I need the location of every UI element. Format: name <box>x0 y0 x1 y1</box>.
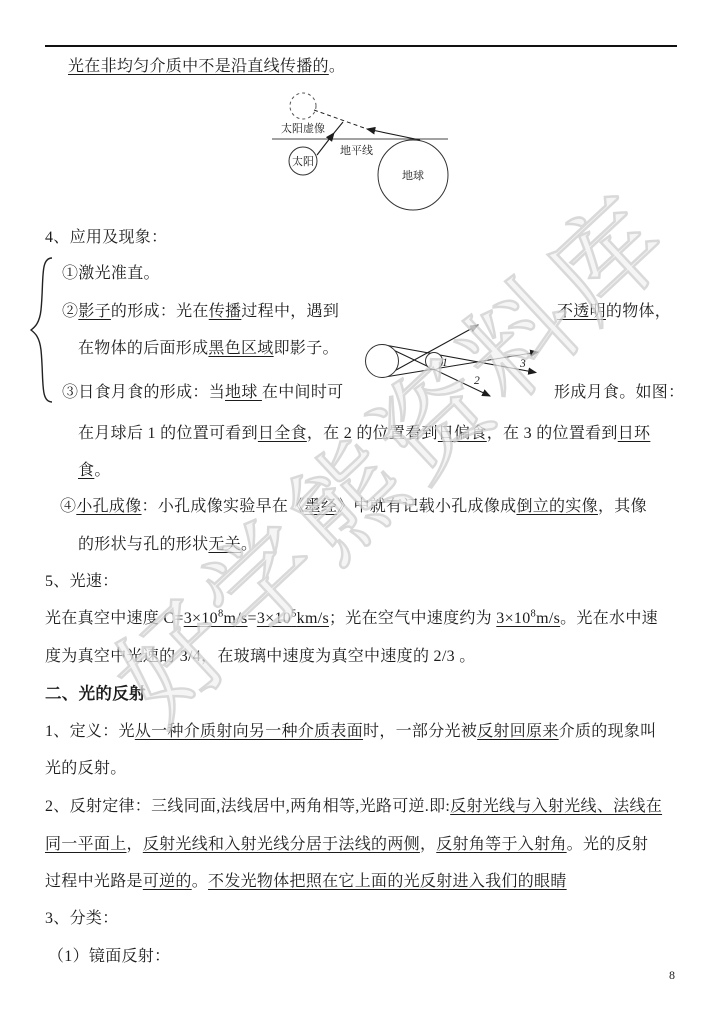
header-divider <box>45 45 677 47</box>
reflection-law-line2: 同一平面上，反射光线和入射光线分居于法线的两侧，反射角等于入射角。光的反射 <box>45 835 648 855</box>
horizon-label: 地平线 <box>340 143 373 157</box>
sun-circle <box>366 345 399 378</box>
item-eclipse-line3: 食。 <box>78 461 111 481</box>
item-pinhole-line2: 的形状与孔的形状无关。 <box>78 535 257 555</box>
item-shadow-line1: ②影子的形成：光在传播过程中，遇到 <box>62 302 339 322</box>
earth-label: 地球 <box>402 168 424 182</box>
item-shadow-line2: 在物体的后面形成黑色区域即影子。 <box>78 339 339 359</box>
item-shadow-right: 不透明的物体， <box>557 302 671 322</box>
item-pinhole-line1: ④小孔成像：小孔成像实验早在《墨经》中就有记载小孔成像成倒立的实像，其像 <box>60 497 647 517</box>
item-eclipse-line2: 在月球后 1 的位置可看到日全食，在 2 的位置看到日偏食，在 3 的位置看到日… <box>78 424 650 444</box>
reflection-def-line2: 光的反射。 <box>45 759 127 779</box>
virtual-sun-label: 太阳虚像 <box>281 121 325 135</box>
reflection-law-line3: 过程中光路是可逆的。不发光物体把照在它上面的光反射进入我们的眼睛 <box>45 872 567 892</box>
intro-line: 光在非均匀介质中不是沿直线传播的。 <box>68 57 345 77</box>
item-eclipse-line1: ③日食月食的形成：当地球 在中间时可 <box>62 383 343 403</box>
classification-heading: 3、分类： <box>45 909 119 929</box>
position-3-label: 3 <box>519 358 526 370</box>
item-eclipse-right: 形成月食。如图： <box>554 383 684 403</box>
sight-line-solid <box>367 129 420 140</box>
item-laser: ①激光准直。 <box>62 264 160 284</box>
refraction-diagram: 太阳虚像 地平线 太阳 地球 <box>262 88 457 223</box>
reflection-def-line1: 1、定义：光从一种介质射向另一种介质表面时，一部分光被反射回原来介质的现象叫 <box>45 722 656 742</box>
sun-ray-tip <box>334 122 343 133</box>
speed-line1: 光在真空中速度 C=3×108m/s=3×105km/s；光在空气中速度约为 3… <box>45 609 658 629</box>
moon-circle <box>426 353 443 370</box>
sun-label: 太阳 <box>292 154 314 168</box>
applications-heading: 4、应用及现象： <box>45 228 167 248</box>
virtual-sun-circle <box>290 93 316 119</box>
sun-ray <box>317 133 334 155</box>
section-reflection-heading: 二、光的反射 <box>45 684 146 704</box>
brace <box>28 255 56 405</box>
speed-line2: 度为真空中光速的 3/4，在玻璃中速度为真空中速度的 2/3 。 <box>45 647 476 667</box>
document-page: 光在非均匀介质中不是沿直线传播的。 太阳虚像 地平线 太阳 地球 4、应用及现象… <box>0 0 720 1018</box>
tangent-top <box>382 345 536 373</box>
eclipse-diagram: 1 2 3 <box>358 315 553 407</box>
position-1-label: 1 <box>442 357 448 369</box>
speed-heading: 5、光速： <box>45 572 119 592</box>
position-2-label: 2 <box>474 375 480 387</box>
reflection-law-line1: 2、反射定律：三线同面,法线居中,两角相等,光路可逆.即:反射光线与入射光线、法… <box>45 797 662 817</box>
page-number: 8 <box>669 968 675 983</box>
classification-item1: （1）镜面反射： <box>48 947 170 967</box>
